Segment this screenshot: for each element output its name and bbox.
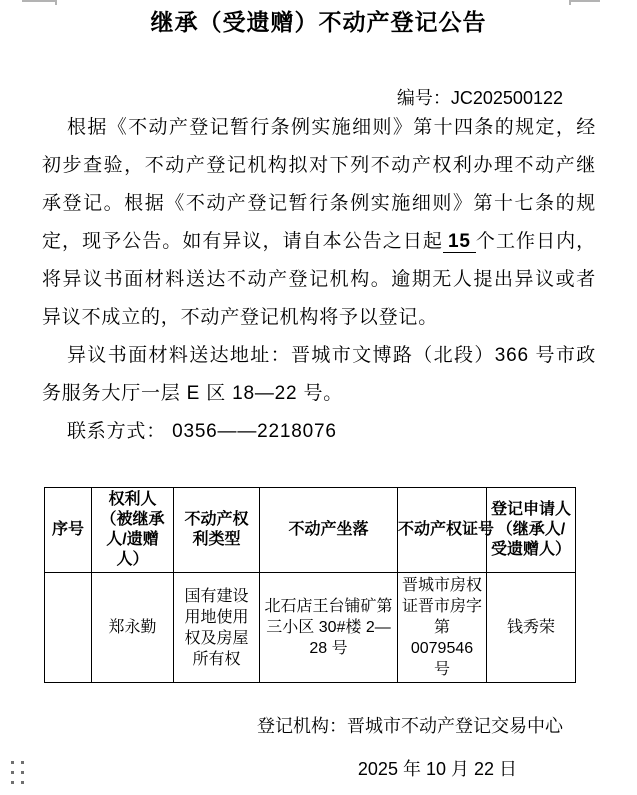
table-header-row: 序号 权利人（被继承人/遗赠人） 不动产权利类型 不动产坐落 不动产权证号 登记…: [45, 488, 576, 573]
notice-paragraph-main: 根据《不动产登记暂行条例实施细则》第十四条的规定，经初步查验，不动产登记机构拟对…: [42, 109, 596, 337]
cell-seq: [45, 573, 92, 683]
col-header-right-type: 不动产权利类型: [174, 488, 260, 573]
top-right-artifact: [569, 0, 600, 2]
col-header-holder: 权利人（被继承人/遗赠人）: [92, 488, 174, 573]
notice-date: 2025 年 10 月 22 日: [0, 755, 637, 781]
cell-right-type: 国有建设用地使用权及房屋所有权: [174, 573, 260, 683]
notice-paragraph-address: 异议书面材料送达地址：晋城市文博路（北段）366 号市政务服务大厅一层 E 区 …: [42, 337, 596, 413]
notice-body: 根据《不动产登记暂行条例实施细则》第十四条的规定，经初步查验，不动产登记机构拟对…: [42, 109, 596, 451]
table-row: 郑永勤 国有建设用地使用权及房屋所有权 北石店王台铺矿第三小区 30#楼 2—2…: [45, 573, 576, 683]
notice-document: 继承（受遗赠）不动产登记公告 编号：JC202500122 根据《不动产登记暂行…: [0, 0, 637, 795]
page-title: 继承（受遗赠）不动产登记公告: [0, 4, 637, 37]
cell-location: 北石店王台铺矿第三小区 30#楼 2—28 号: [260, 573, 398, 683]
drag-handle-icon[interactable]: [11, 761, 24, 784]
cell-cert-no: 晋城市房权证晋市房字第 0079546 号: [398, 573, 487, 683]
registration-agency: 登记机构：晋城市不动产登记交易中心: [0, 712, 637, 738]
notice-paragraph-contact: 联系方式： 0356——2218076: [42, 413, 596, 451]
col-header-applicant: 登记申请人（继承人/受遗赠人）: [487, 488, 576, 573]
col-header-cert-no: 不动产权证号: [398, 488, 487, 573]
objection-days: 15: [443, 231, 476, 253]
registration-table: 序号 权利人（被继承人/遗赠人） 不动产权利类型 不动产坐落 不动产权证号 登记…: [44, 487, 576, 683]
col-header-seq: 序号: [45, 488, 92, 573]
top-left-artifact: [22, 0, 57, 2]
col-header-location: 不动产坐落: [260, 488, 398, 573]
cell-holder: 郑永勤: [92, 573, 174, 683]
doc-number: 编号：JC202500122: [0, 84, 637, 110]
cell-applicant: 钱秀荣: [487, 573, 576, 683]
